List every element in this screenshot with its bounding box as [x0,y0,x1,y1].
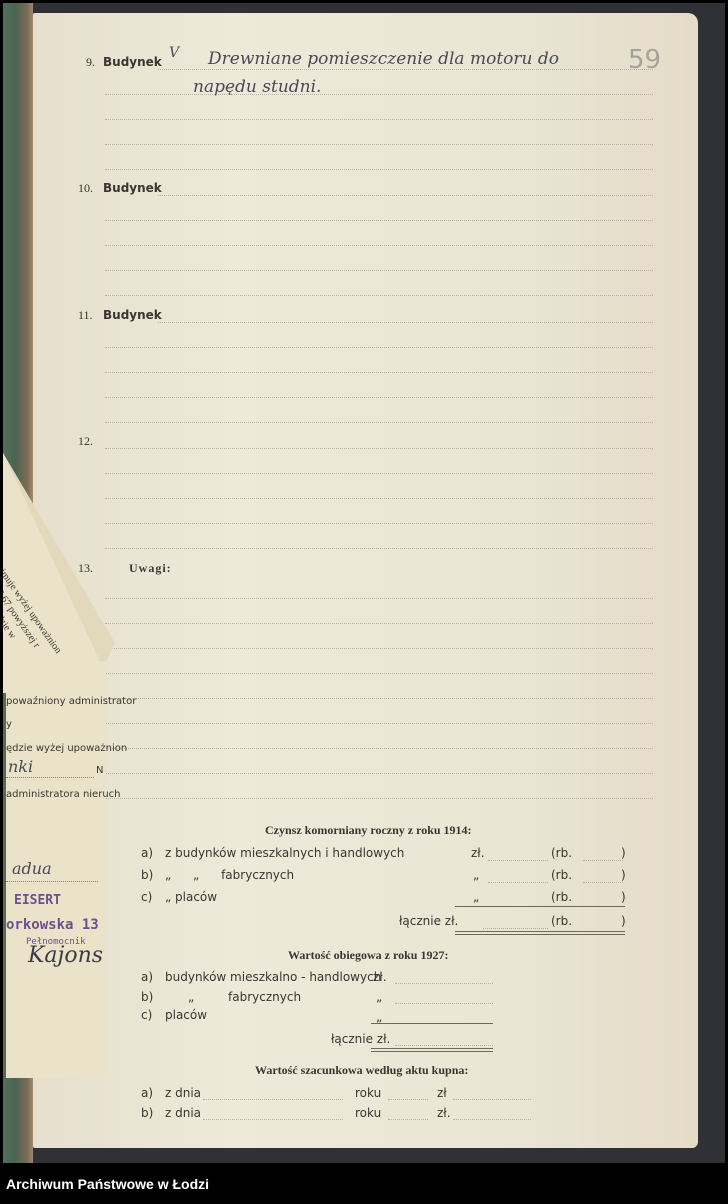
rent-row-a-rb: (rb. [551,846,572,860]
estimated-row-a-year: roku [355,1086,381,1100]
rent-row-b-letter: b) [141,868,153,882]
building-9-mark: V [169,45,179,61]
value-total-label: łącznie zł. [331,1032,390,1046]
estimated-row-a-unit: zł [437,1086,447,1100]
rent-total-close: ) [621,914,626,928]
value-row-c-unit: „ [376,1010,382,1024]
slip-signature: Kajons [28,943,103,968]
stamp-name: EISERT [14,893,61,908]
estimated-row-b-letter: b) [141,1106,153,1120]
building-9-number: 9. [86,55,95,70]
rent-row-a-close: ) [621,846,626,860]
document-page: 59 9. Budynek V Drewniane pomieszczenie … [33,13,698,1148]
rent-row-c-rb: (rb. [551,890,572,904]
attached-slip-fold [3,453,118,693]
item-12-number: 12. [78,434,93,449]
value-row-a-unit: zł. [373,970,387,984]
estimated-value-title: Wartość szacunkowa według aktu kupna: [255,1063,468,1078]
value-row-b-unit: „ [376,990,382,1004]
building-11-label: Budynek [103,308,162,322]
rent-row-c-letter: c) [141,890,152,904]
value-1927-title: Wartość obiegowa z roku 1927: [288,948,448,963]
rent-row-a-letter: a) [141,846,153,860]
estimated-row-a-text: z dnia [165,1086,201,1100]
estimated-row-a-letter: a) [141,1086,153,1100]
value-row-c-text: placów [165,1008,207,1022]
slip-line-3: ędzie wyżej upoważnion [6,743,127,754]
building-9-label: Budynek [103,55,162,69]
page-number: 59 [628,45,661,75]
scan-frame: 59 9. Budynek V Drewniane pomieszczenie … [3,3,725,1163]
rent-total-label: łącznie zł. [399,914,458,928]
stamp-address: orkowska 13 [6,917,99,933]
estimated-row-b-unit: zł. [437,1106,451,1120]
building-9-description: Drewniane pomieszczenie dla motoru do [208,49,559,69]
rent-row-c-close: ) [621,890,626,904]
building-10-number: 10. [78,181,93,196]
rent-row-b-rb: (rb. [551,868,572,882]
estimated-row-b-year: roku [355,1106,381,1120]
value-row-b-text: „ fabrycznych [188,990,301,1004]
slip-number-label: N [96,765,103,776]
slip-signature-place: adua [12,859,52,878]
rent-total-rb: (rb. [551,914,572,928]
slip-line-6: administratora nieruch [6,789,121,800]
value-row-c-letter: c) [141,1008,152,1022]
rent-row-b-close: ) [621,868,626,882]
building-10-label: Budynek [103,181,162,195]
building-11-number: 11. [78,308,93,323]
rent-row-c-unit: „ [473,890,479,904]
value-row-b-letter: b) [141,990,153,1004]
archive-caption: Archiwum Państwowe w Łodzi [6,1176,209,1192]
slip-line-2: y [6,719,12,730]
rent-row-c-text: „ placów [165,890,217,904]
value-row-a-text: budynków mieszkalno - handlowych [165,970,381,984]
value-row-a-letter: a) [141,970,153,984]
rent-row-b-text: „ „ fabrycznych [165,868,294,882]
rent-row-b-unit: „ [473,868,479,882]
attached-slip: powaźniony administrator y ędzie wyżej u… [6,661,106,1078]
rent-row-a-text: z budynków mieszkalnych i handlowych [165,846,404,860]
estimated-row-b-text: z dnia [165,1106,201,1120]
remarks-label: Uwagi: [129,561,172,576]
rent-1914-title: Czynsz komorniany roczny z roku 1914: [265,823,472,838]
slip-line-1: powaźniony administrator [6,696,136,707]
rent-row-a-unit: zł. [471,846,485,860]
slip-handwritten-name: nki [8,757,33,776]
